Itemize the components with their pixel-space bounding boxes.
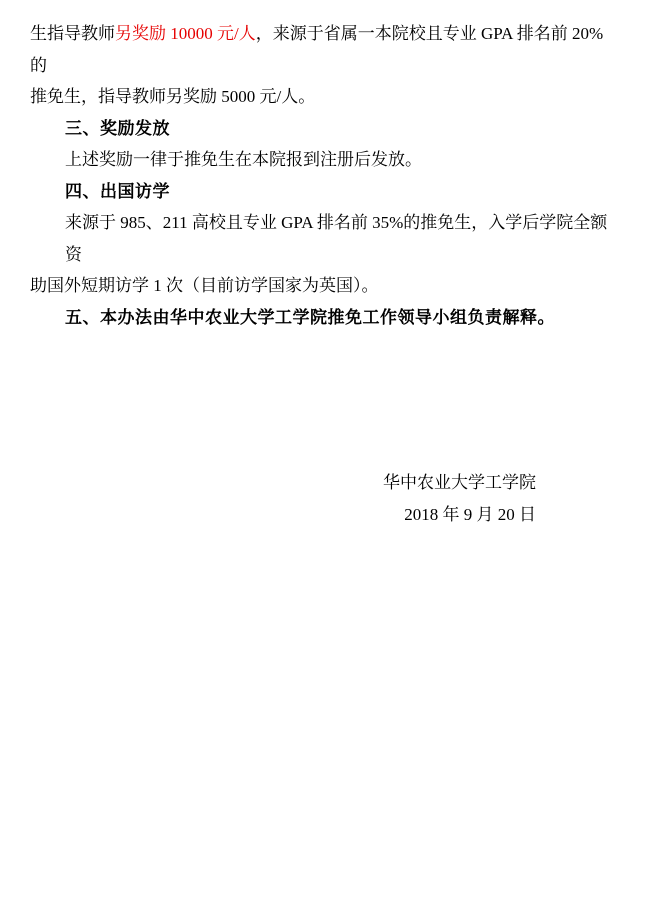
continuation-paragraph-line1: 生指导教师另奖励 10000 元/人，来源于省属一本院校且专业 GPA 排名前 …	[30, 18, 617, 81]
blank-space	[30, 333, 617, 467]
continuation-text-prefix: 生指导教师	[30, 24, 115, 43]
section3-body: 上述奖励一律于推免生在本院报到注册后发放。	[30, 144, 617, 176]
section5-heading: 五、本办法由华中农业大学工学院推免工作领导小组负责解释。	[30, 302, 617, 334]
signature-date: 2018 年 9 月 20 日	[30, 499, 536, 531]
section4-body-line2: 助国外短期访学 1 次（目前访学国家为英国）。	[30, 270, 617, 302]
document-content: 生指导教师另奖励 10000 元/人，来源于省属一本院校且专业 GPA 排名前 …	[30, 18, 617, 530]
document-page: 生指导教师另奖励 10000 元/人，来源于省属一本院校且专业 GPA 排名前 …	[0, 0, 647, 898]
section4-body-line1: 来源于 985、211 高校且专业 GPA 排名前 35%的推免生，入学后学院全…	[30, 207, 617, 270]
continuation-paragraph-line2: 推免生，指导教师另奖励 5000 元/人。	[30, 81, 617, 113]
section4-heading: 四、出国访学	[30, 176, 617, 208]
signature-organization: 华中农业大学工学院	[30, 467, 536, 499]
section3-heading: 三、奖励发放	[30, 113, 617, 145]
signature-block: 华中农业大学工学院 2018 年 9 月 20 日	[30, 467, 617, 530]
red-award-text: 另奖励 10000 元/人	[115, 24, 256, 43]
